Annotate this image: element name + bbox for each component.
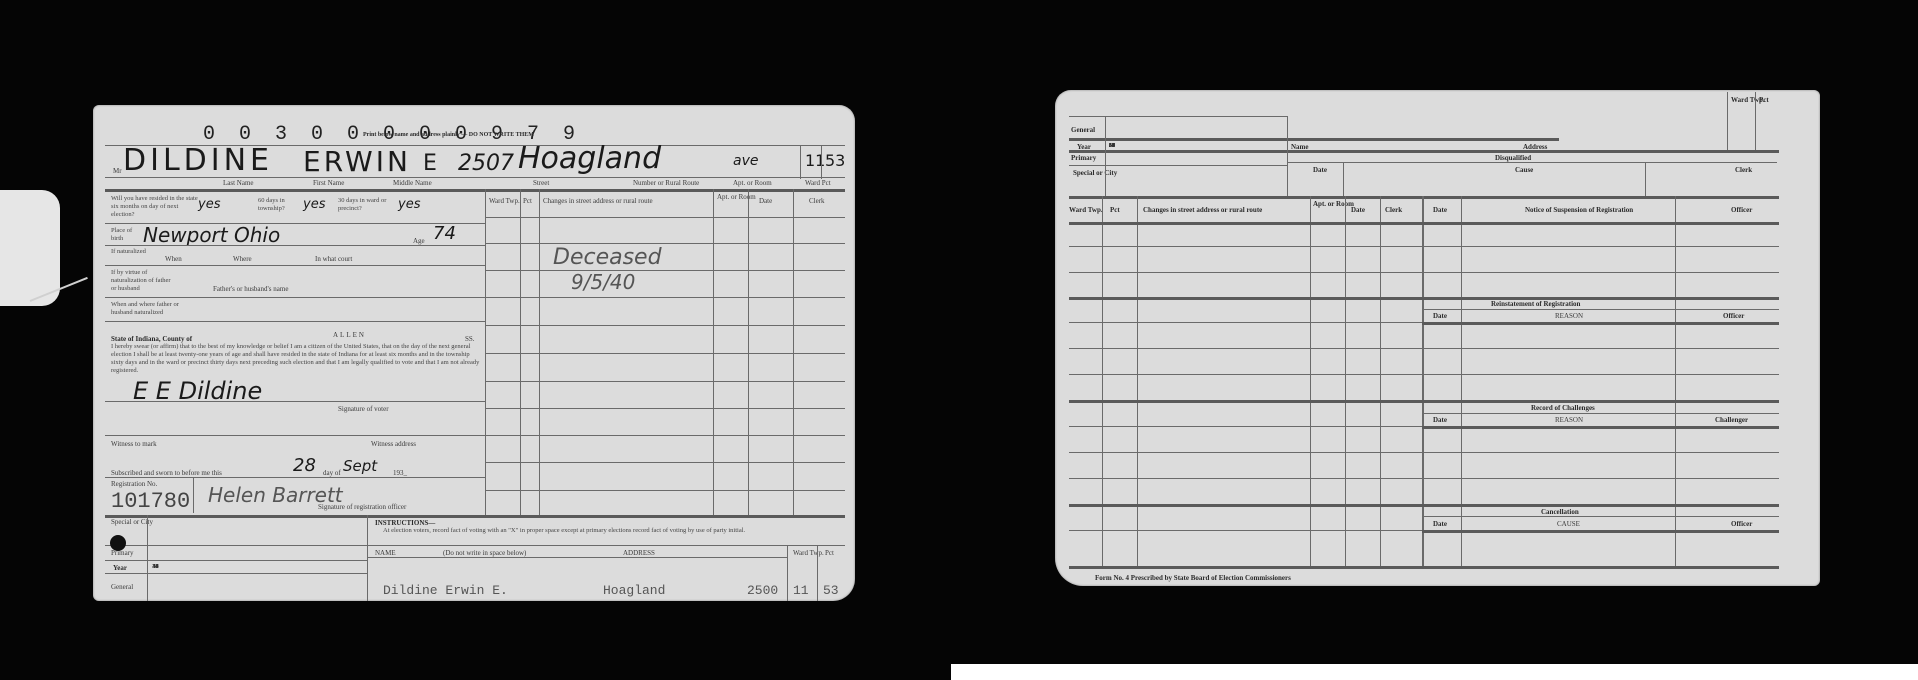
last-name-value: DILDINE (123, 143, 273, 178)
resided-question: Will you have resided in the state six m… (111, 195, 201, 219)
subscribed-label: Subscribed and sworn to before me this (111, 469, 222, 477)
disq-clerk-label: Clerk (1735, 166, 1752, 174)
instructions-title: INSTRUCTIONS— (375, 519, 435, 527)
stamp-street: Hoagland (603, 583, 665, 598)
col-date: Date (759, 197, 772, 205)
registration-card-back: General Year Primary Special or City 47 … (1055, 90, 1820, 586)
back-col-pct: Pct (1110, 206, 1120, 214)
stamp-pct-label: Pct (825, 549, 834, 557)
do-not-write-label: (Do not write in space below) (443, 549, 526, 557)
when-where-father-label: When and where father or husband natural… (111, 301, 191, 317)
challenges-date-label: Date (1433, 416, 1447, 424)
back-name-label: Name (1291, 143, 1309, 151)
col-changes: Changes in street address or rural route (543, 197, 653, 205)
stamp-ward-label: Ward Twp. (793, 549, 813, 557)
court-label: In what court (315, 255, 352, 263)
grid-row-year: Year (113, 564, 127, 572)
fathers-name-label: Father's or husband's name (213, 285, 288, 293)
street-number-value: 2507 (458, 151, 514, 176)
street-label: Street (533, 179, 549, 187)
ward-pct-label: Ward Pct (805, 179, 831, 187)
back-col-apt: Apt. or Room (1313, 200, 1333, 208)
col-pct: Pct (523, 197, 532, 205)
witness-address-label: Witness address (371, 440, 416, 448)
birth-place-value: Newport Ohio (143, 223, 280, 247)
suspension-officer-label: Officer (1731, 206, 1752, 214)
prefix-label: Mr (113, 167, 122, 175)
deceased-date: 9/5/40 (571, 270, 635, 294)
grid-row-general: General (111, 583, 133, 591)
cancellation-cause-label: CAUSE (1557, 520, 1580, 528)
county-value: ALLEN (333, 331, 366, 339)
back-address-label: Address (1523, 143, 1547, 151)
stamp-pct: 53 (823, 583, 839, 598)
last-name-label: Last Name (223, 179, 254, 187)
age-value: 74 (433, 223, 456, 244)
street-value: Hoagland (518, 141, 661, 176)
where-label: Where (233, 255, 252, 263)
number-rural-label: Number or Rural Route (633, 179, 699, 187)
when-label: When (165, 255, 182, 263)
header-notice: Print below name and address plainly — D… (363, 131, 534, 139)
challenges-reason-label: REASON (1555, 416, 1583, 424)
back-col-clerk: Clerk (1385, 206, 1402, 214)
stamp-name: Dildine Erwin E. (383, 583, 508, 598)
punch-hole (110, 535, 126, 551)
back-col-date: Date (1351, 206, 1365, 214)
registration-no-label: Registration No. (111, 480, 157, 488)
signature-voter-label: Signature of voter (338, 405, 389, 413)
township-value: yes (303, 197, 325, 212)
back-ward-label: Ward Twp. (1731, 96, 1751, 104)
age-label: Age (413, 237, 425, 245)
grid-row-special: Special or City (111, 519, 141, 526)
back-grid-special: Special or City (1073, 170, 1099, 177)
apt-value: ave (733, 153, 758, 169)
col-clerk: Clerk (809, 197, 825, 205)
township-question: 60 days in township? (258, 197, 308, 213)
stamp-name-label: NAME (375, 549, 396, 557)
ward-value-check: yes (398, 197, 420, 212)
oath-text: I hereby swear (or affirm) that to the b… (111, 343, 481, 375)
disq-cause-label: Cause (1515, 166, 1533, 174)
reinstatement-title: Reinstatement of Registration (1491, 300, 1580, 308)
birth-label: Place of birth (111, 227, 141, 243)
middle-name-label: Middle Name (393, 179, 432, 187)
resided-value: yes (198, 197, 220, 212)
back-pct-label: Pct (1759, 96, 1769, 104)
day-of-label: day of (323, 469, 341, 477)
deceased-note: Deceased (553, 245, 662, 270)
ward-value: 11 (805, 151, 825, 170)
cancellation-officer-label: Officer (1731, 520, 1752, 528)
challenges-challenger-label: Challenger (1715, 416, 1748, 424)
col-apt-room: Apt. or Room (717, 193, 756, 201)
back-col-changes: Changes in street address or rural route (1143, 206, 1262, 214)
back-col-ward: Ward Twp. (1069, 206, 1099, 214)
signature-officer-label: Signature of registration officer (318, 503, 406, 511)
ward-question: 30 days in ward or precinct? (338, 197, 398, 213)
bottom-white-bar (951, 664, 1918, 680)
stamp-number: 2500 (747, 583, 778, 598)
back-grid-primary: Primary (1071, 154, 1096, 162)
sworn-day-value: 28 (293, 455, 316, 476)
cancellation-title: Cancellation (1541, 508, 1579, 516)
col-ward-twp: Ward Twp. (489, 197, 520, 205)
apt-room-label: Apt. or Room (733, 179, 772, 187)
sworn-month-value: Sept (343, 457, 377, 475)
cancellation-date-label: Date (1433, 520, 1447, 528)
film-edge-tab (0, 190, 60, 306)
suspension-date-label: Date (1433, 206, 1447, 214)
first-name-label: First Name (313, 179, 344, 187)
challenges-title: Record of Challenges (1531, 404, 1595, 412)
reinstatement-date-label: Date (1433, 312, 1447, 320)
middle-name-value: E (423, 151, 437, 176)
naturalized-label: If naturalized (111, 248, 151, 256)
back-grid-general: General (1071, 126, 1095, 134)
ss-label: SS. (465, 335, 475, 343)
reinstatement-officer-label: Officer (1723, 312, 1744, 320)
first-name-value: ERWIN (303, 145, 411, 178)
stamp-ward: 11 (793, 583, 809, 598)
registration-card-front: 0 0 3 0 0 0 0 0 9 7 9 Print below name a… (93, 105, 855, 601)
form-footer: Form No. 4 Prescribed by State Board of … (1095, 574, 1291, 582)
by-virtue-label: If by virtue of naturalization of father… (111, 269, 171, 293)
disq-date-label: Date (1313, 166, 1327, 174)
state-county-label: State of Indiana, County of (111, 335, 192, 343)
instructions-text: At election voters, record fact of votin… (383, 527, 803, 535)
disqualified-label: Disqualified (1495, 154, 1531, 162)
suspension-title: Notice of Suspension of Registration (1525, 206, 1633, 214)
witness-mark-label: Witness to mark (111, 440, 157, 448)
reinstatement-reason-label: REASON (1555, 312, 1583, 320)
sworn-year-value: 193_ (393, 469, 407, 477)
registration-number: 101780 (111, 489, 190, 514)
pct-value: 53 (825, 151, 845, 170)
stamp-address-label: ADDRESS (623, 549, 655, 557)
